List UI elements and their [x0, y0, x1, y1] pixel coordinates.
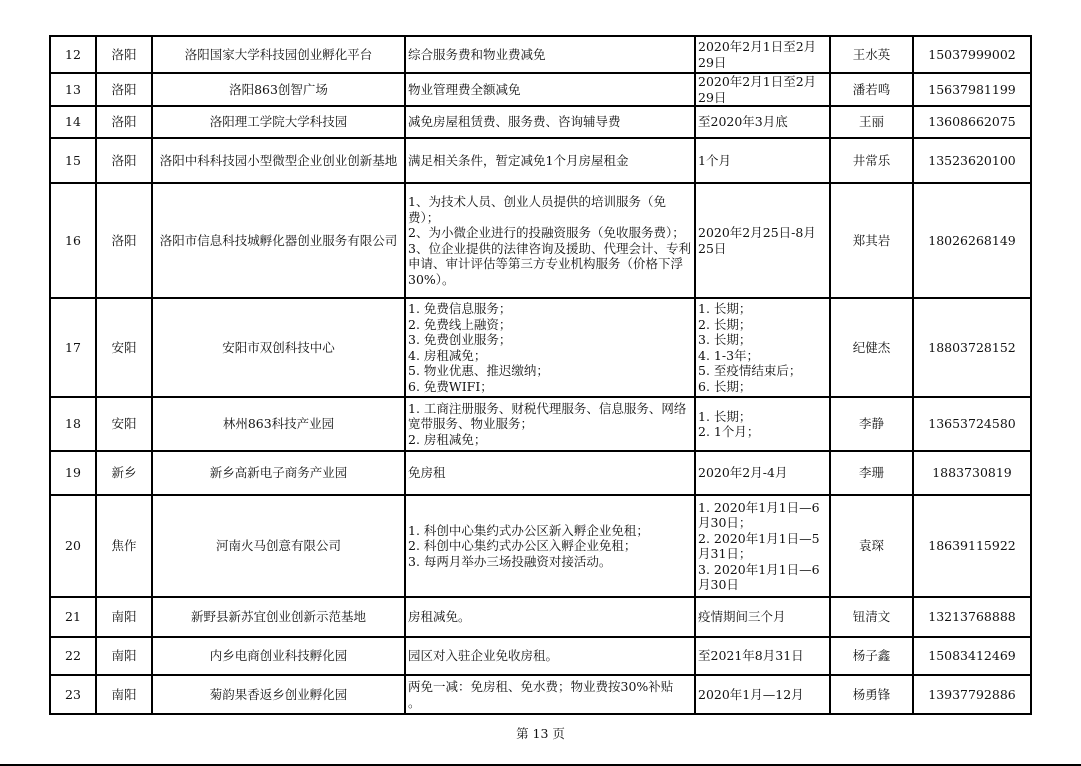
phone-cell: 18803728152: [913, 298, 1031, 397]
row-number-cell: 16: [50, 183, 96, 298]
city-cell: 南阳: [96, 675, 152, 714]
organization-name-cell: 洛阳中科科技园小型微型企业创业创新基地: [152, 138, 405, 183]
contact-person-cell: 郑其岩: [830, 183, 913, 298]
support-measures-cell: 两免一减：免房租、免水费；物业费按30%补贴 。: [405, 675, 695, 714]
table-row: 14洛阳洛阳理工学院大学科技园减免房屋租赁费、服务费、咨询辅导费至2020年3月…: [50, 106, 1031, 138]
support-measures-cell: 减免房屋租赁费、服务费、咨询辅导费: [405, 106, 695, 138]
page-number: 第 13 页: [0, 724, 1081, 742]
phone-cell: 13213768888: [913, 597, 1031, 637]
table-row: 15洛阳洛阳中科科技园小型微型企业创业创新基地满足相关条件，暂定减免1个月房屋租…: [50, 138, 1031, 183]
contact-person-cell: 井常乐: [830, 138, 913, 183]
city-cell: 焦作: [96, 495, 152, 597]
organization-name-cell: 安阳市双创科技中心: [152, 298, 405, 397]
contact-person-cell: 王丽: [830, 106, 913, 138]
table-row: 12洛阳洛阳国家大学科技园创业孵化平台综合服务费和物业费减免2020年2月1日至…: [50, 36, 1031, 73]
city-cell: 安阳: [96, 397, 152, 451]
city-cell: 洛阳: [96, 106, 152, 138]
contact-person-cell: 纪健杰: [830, 298, 913, 397]
table-row: 16洛阳洛阳市信息科技城孵化器创业服务有限公司1、为技术人员、创业人员提供的培训…: [50, 183, 1031, 298]
period-cell: 2020年2月25日-8月 25日: [695, 183, 830, 298]
organization-name-cell: 内乡电商创业科技孵化园: [152, 637, 405, 675]
row-number-cell: 15: [50, 138, 96, 183]
period-cell: 1. 2020年1月1日—6 月30日； 2. 2020年1月1日—5 月31日…: [695, 495, 830, 597]
organization-name-cell: 新野县新苏宜创业创新示范基地: [152, 597, 405, 637]
table-row: 19新乡新乡高新电子商务产业园免房租2020年2月-4月李珊1883730819: [50, 451, 1031, 495]
contact-person-cell: 钮清文: [830, 597, 913, 637]
support-measures-cell: 园区对入驻企业免收房租。: [405, 637, 695, 675]
support-measures-cell: 满足相关条件，暂定减免1个月房屋租金: [405, 138, 695, 183]
city-cell: 南阳: [96, 637, 152, 675]
support-measures-cell: 综合服务费和物业费减免: [405, 36, 695, 73]
city-cell: 洛阳: [96, 183, 152, 298]
row-number-cell: 13: [50, 73, 96, 106]
contact-person-cell: 王水英: [830, 36, 913, 73]
row-number-cell: 23: [50, 675, 96, 714]
incubator-policy-table: 12洛阳洛阳国家大学科技园创业孵化平台综合服务费和物业费减免2020年2月1日至…: [49, 35, 1032, 715]
row-number-cell: 21: [50, 597, 96, 637]
period-cell: 2020年2月-4月: [695, 451, 830, 495]
row-number-cell: 20: [50, 495, 96, 597]
organization-name-cell: 新乡高新电子商务产业园: [152, 451, 405, 495]
phone-cell: 13523620100: [913, 138, 1031, 183]
table-row: 17安阳安阳市双创科技中心1. 免费信息服务； 2. 免费线上融资； 3. 免费…: [50, 298, 1031, 397]
contact-person-cell: 潘若鸣: [830, 73, 913, 106]
row-number-cell: 19: [50, 451, 96, 495]
table-row: 18安阳林州863科技产业园1. 工商注册服务、财税代理服务、信息服务、网络宽带…: [50, 397, 1031, 451]
phone-cell: 13653724580: [913, 397, 1031, 451]
period-cell: 2020年2月1日至2月 29日: [695, 36, 830, 73]
table-row: 23南阳菊韵果香返乡创业孵化园两免一减：免房租、免水费；物业费按30%补贴 。2…: [50, 675, 1031, 714]
period-cell: 至2020年3月底: [695, 106, 830, 138]
phone-cell: 15637981199: [913, 73, 1031, 106]
organization-name-cell: 菊韵果香返乡创业孵化园: [152, 675, 405, 714]
phone-cell: 1883730819: [913, 451, 1031, 495]
period-cell: 2020年2月1日至2月 29日: [695, 73, 830, 106]
support-measures-cell: 1. 工商注册服务、财税代理服务、信息服务、网络宽带服务、物业服务； 2. 房租…: [405, 397, 695, 451]
row-number-cell: 14: [50, 106, 96, 138]
document-page: 12洛阳洛阳国家大学科技园创业孵化平台综合服务费和物业费减免2020年2月1日至…: [0, 0, 1081, 766]
city-cell: 南阳: [96, 597, 152, 637]
city-cell: 洛阳: [96, 138, 152, 183]
city-cell: 新乡: [96, 451, 152, 495]
table-row: 20焦作河南火马创意有限公司1. 科创中心集约式办公区新入孵企业免租； 2. 科…: [50, 495, 1031, 597]
phone-cell: 13608662075: [913, 106, 1031, 138]
support-measures-cell: 1、为技术人员、创业人员提供的培训服务（免费）； 2、为小微企业进行的投融资服务…: [405, 183, 695, 298]
phone-cell: 18639115922: [913, 495, 1031, 597]
row-number-cell: 12: [50, 36, 96, 73]
table-row: 13洛阳洛阳863创智广场物业管理费全额减免2020年2月1日至2月 29日潘若…: [50, 73, 1031, 106]
period-cell: 1个月: [695, 138, 830, 183]
city-cell: 洛阳: [96, 36, 152, 73]
row-number-cell: 17: [50, 298, 96, 397]
city-cell: 洛阳: [96, 73, 152, 106]
phone-cell: 18026268149: [913, 183, 1031, 298]
organization-name-cell: 河南火马创意有限公司: [152, 495, 405, 597]
contact-person-cell: 李珊: [830, 451, 913, 495]
table-row: 22南阳内乡电商创业科技孵化园园区对入驻企业免收房租。至2021年8月31日杨子…: [50, 637, 1031, 675]
phone-cell: 15037999002: [913, 36, 1031, 73]
row-number-cell: 22: [50, 637, 96, 675]
support-measures-cell: 物业管理费全额减免: [405, 73, 695, 106]
organization-name-cell: 洛阳理工学院大学科技园: [152, 106, 405, 138]
table-row: 21南阳新野县新苏宜创业创新示范基地房租减免。疫情期间三个月钮清文1321376…: [50, 597, 1031, 637]
organization-name-cell: 洛阳市信息科技城孵化器创业服务有限公司: [152, 183, 405, 298]
support-measures-cell: 1. 免费信息服务； 2. 免费线上融资； 3. 免费创业服务； 4. 房租减免…: [405, 298, 695, 397]
period-cell: 至2021年8月31日: [695, 637, 830, 675]
phone-cell: 15083412469: [913, 637, 1031, 675]
support-measures-cell: 免房租: [405, 451, 695, 495]
contact-person-cell: 李静: [830, 397, 913, 451]
organization-name-cell: 林州863科技产业园: [152, 397, 405, 451]
support-measures-cell: 房租减免。: [405, 597, 695, 637]
contact-person-cell: 杨子鑫: [830, 637, 913, 675]
period-cell: 1. 长期； 2. 长期； 3. 长期； 4. 1-3年； 5. 至疫情结束后；…: [695, 298, 830, 397]
period-cell: 2020年1月—12月: [695, 675, 830, 714]
phone-cell: 13937792886: [913, 675, 1031, 714]
organization-name-cell: 洛阳863创智广场: [152, 73, 405, 106]
city-cell: 安阳: [96, 298, 152, 397]
row-number-cell: 18: [50, 397, 96, 451]
period-cell: 疫情期间三个月: [695, 597, 830, 637]
organization-name-cell: 洛阳国家大学科技园创业孵化平台: [152, 36, 405, 73]
period-cell: 1. 长期； 2. 1个月；: [695, 397, 830, 451]
support-measures-cell: 1. 科创中心集约式办公区新入孵企业免租； 2. 科创中心集约式办公区入孵企业免…: [405, 495, 695, 597]
contact-person-cell: 杨勇锋: [830, 675, 913, 714]
contact-person-cell: 袁琛: [830, 495, 913, 597]
